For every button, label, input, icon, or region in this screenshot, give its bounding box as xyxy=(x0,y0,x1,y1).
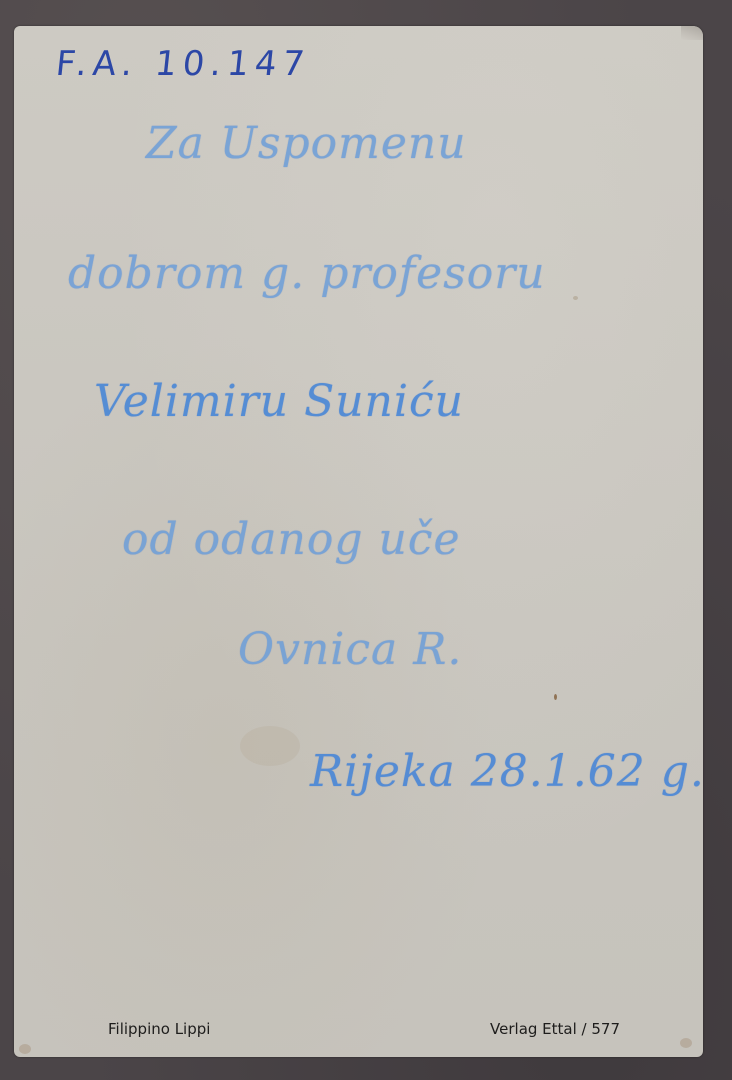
postcard-back: F.A. 10.147 Za Uspomenu dobrom g. profes… xyxy=(14,26,703,1057)
handwritten-line-3: Velimiru Suniću xyxy=(94,376,464,427)
handwritten-place-date: Rijeka 28.1.62 g. xyxy=(310,746,705,797)
handwritten-line-1: Za Uspomenu xyxy=(146,118,467,169)
handwritten-line-4: od odanog uče xyxy=(122,514,461,565)
handwritten-signature: Ovnica R. xyxy=(238,624,462,675)
stain-spot xyxy=(554,694,557,700)
handwritten-line-2: dobrom g. profesoru xyxy=(68,248,546,299)
printed-footer: Filippino Lippi Verlag Ettal / 577 xyxy=(14,1020,703,1040)
archive-reference-note: F.A. 10.147 xyxy=(54,44,312,84)
artist-credit: Filippino Lippi xyxy=(108,1020,210,1038)
foxing-patch xyxy=(240,726,300,766)
stain-spot xyxy=(573,296,578,300)
handwriting-layer: F.A. 10.147 Za Uspomenu dobrom g. profes… xyxy=(14,26,703,1057)
stain-spot xyxy=(19,1044,31,1054)
bent-corner xyxy=(681,26,703,40)
publisher-credit: Verlag Ettal / 577 xyxy=(490,1020,620,1038)
